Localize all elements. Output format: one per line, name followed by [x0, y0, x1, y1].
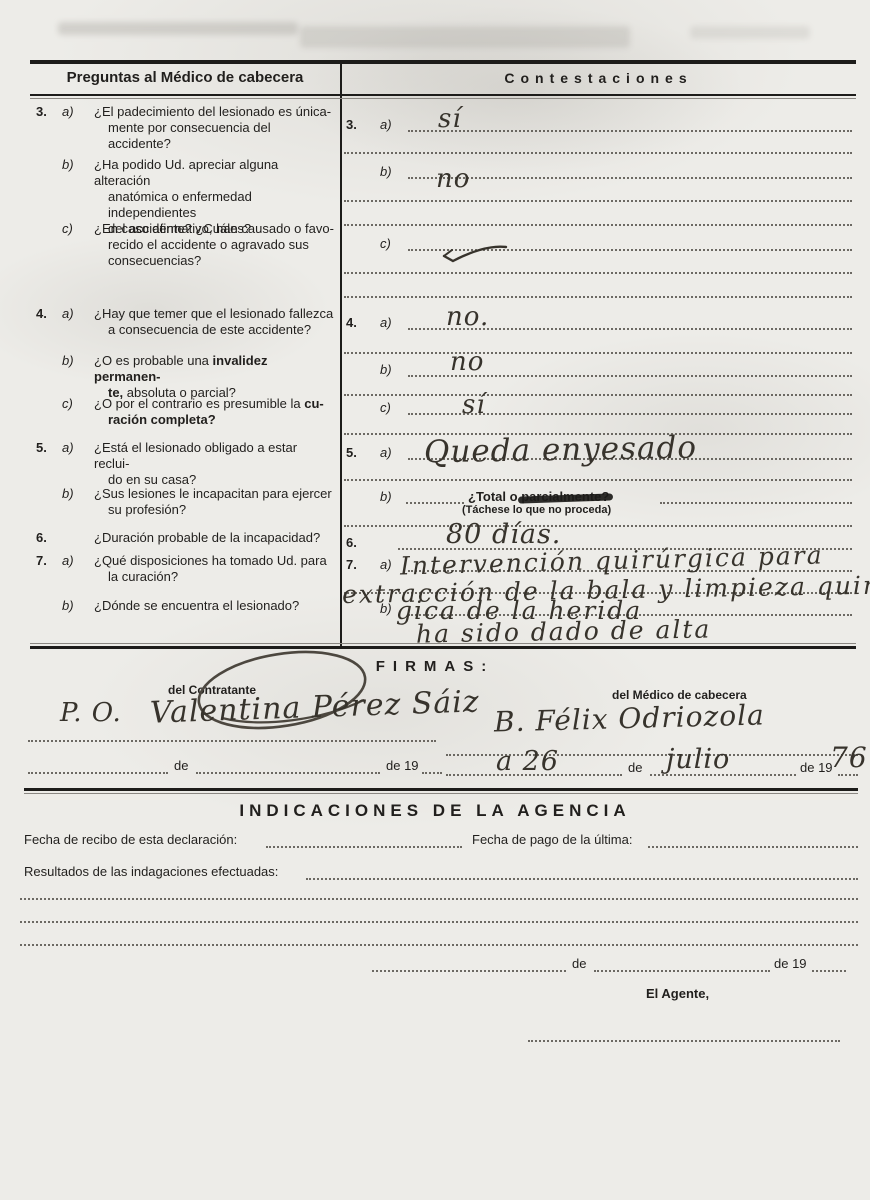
fecha-pago-label: Fecha de pago de la última:: [472, 832, 632, 847]
signature-medico: B. Félix Odriozola: [494, 701, 765, 736]
answer-letter: b): [380, 164, 392, 179]
date-de19-label: de 19: [386, 758, 419, 773]
question-text: ¿Sus lesiones le incapacitan para ejerce…: [94, 486, 336, 518]
ghost-bleed-text: [58, 22, 298, 35]
fecha-recibo-line: [266, 846, 462, 848]
answer-line: [344, 224, 852, 226]
answer-label-6: 6.: [346, 535, 357, 550]
firmas-bottom-rule: [24, 788, 858, 791]
question-letter: b): [62, 353, 74, 369]
fecha-recibo-label: Fecha de recibo de esta declaración:: [24, 832, 237, 847]
answer-line: [344, 200, 852, 202]
answer-line: [408, 177, 852, 179]
answer-line: [344, 152, 852, 154]
question-letter: b): [62, 157, 74, 173]
date-line: [838, 774, 858, 776]
question-4a: 4. a) ¿Hay que temer que el lesionado fa…: [36, 306, 338, 338]
answer-number: 3.: [346, 117, 357, 132]
handwritten-answer-3a: sí: [438, 106, 462, 132]
question-4c: c) ¿O por el contrario es presumible la …: [36, 396, 338, 428]
answer-letter: a): [380, 445, 392, 460]
answer-letter: a): [380, 117, 392, 132]
handwritten-answer-4c: sí: [462, 392, 486, 418]
question-text: ¿Dónde se encuentra el lesionado?: [94, 598, 336, 614]
firmas-bottom-rule-thin: [24, 793, 858, 794]
question-text: ¿Está el lesionado obligado a estar recl…: [94, 440, 336, 488]
answer-line: [344, 479, 852, 481]
question-number: 7.: [36, 553, 47, 569]
question-text: ¿Hay que temer que el lesionado fallezca…: [94, 306, 336, 338]
date-de-label: de: [174, 758, 188, 773]
handwritten-answer-6: 80 días.: [446, 521, 561, 548]
date-line: [372, 970, 566, 972]
question-text: ¿O es probable una invalidez permanen-te…: [94, 353, 336, 401]
handwritten-answer-3b: no: [436, 166, 470, 192]
answer-line: [344, 394, 852, 396]
handwritten-date-year: 76: [830, 744, 868, 772]
handwritten-date-month: julio: [666, 746, 730, 773]
tachese-note: (Táchese lo que no proceda): [462, 504, 611, 516]
signature-contratante-prefix: P. O.: [60, 700, 122, 726]
question-4b: b) ¿O es probable una invalidez permanen…: [36, 353, 338, 401]
signature-line-contratante: [28, 740, 436, 742]
answer-line: [344, 525, 852, 527]
blank-line: [20, 898, 858, 900]
signature-contratante: Valentina Pérez Sáiz: [150, 687, 481, 728]
ghost-bleed-text: [690, 26, 810, 39]
question-letter: c): [62, 221, 73, 237]
answer-line: [344, 352, 852, 354]
question-3c: c) ¿En caso afirmativo, han causado o fa…: [36, 221, 338, 269]
date-de-label: de: [572, 956, 586, 971]
date-de19-label: de 19: [774, 956, 807, 971]
date-de19-label: de 19: [800, 760, 833, 775]
handwritten-answer-7b-line2: ha sido dado de alta: [416, 616, 712, 646]
question-letter: a): [62, 440, 74, 456]
table-top-rule: [30, 60, 856, 64]
question-7a: 7. a) ¿Qué disposiciones ha tomado Ud. p…: [36, 553, 338, 585]
answer-line: [406, 502, 464, 504]
agencia-heading: INDICACIONES DE LA AGENCIA: [0, 801, 870, 821]
agente-label: El Agente,: [646, 986, 709, 1001]
fecha-pago-line: [648, 846, 858, 848]
question-letter: b): [62, 598, 74, 614]
answer-number: 7.: [346, 557, 357, 572]
handwritten-date-day: a 26: [496, 748, 559, 775]
answer-letter: b): [380, 362, 392, 377]
question-number: 3.: [36, 104, 47, 120]
firmas-heading: FIRMAS:: [0, 658, 870, 675]
question-text: ¿El padecimiento del lesionado es única-…: [94, 104, 336, 152]
answer-number: 5.: [346, 445, 357, 460]
answer-label-4a: 4. a): [346, 315, 357, 330]
question-letter: b): [62, 486, 74, 502]
header-separator-rule-thin: [30, 98, 856, 99]
column-header-preguntas: Preguntas al Médico de cabecera: [30, 69, 340, 86]
date-line: [812, 970, 846, 972]
blank-line: [20, 921, 858, 923]
question-5b: b) ¿Sus lesiones le incapacitan para eje…: [36, 486, 338, 518]
date-line: [594, 970, 770, 972]
handwritten-answer-5a: Queda enyesado: [424, 433, 697, 469]
question-text: ¿O por el contrario es presumible la cu-…: [94, 396, 336, 428]
answer-line: [660, 502, 852, 504]
question-6: 6. ¿Duración probable de la incapacidad?: [36, 530, 338, 546]
question-5a: 5. a) ¿Está el lesionado obligado a esta…: [36, 440, 338, 488]
question-text: ¿En caso afirmativo, han causado o favo-…: [94, 221, 336, 269]
answer-line: [344, 296, 852, 298]
answer-line: [344, 272, 852, 274]
agente-signature-line: [528, 1040, 840, 1042]
question-3a: 3. a) ¿El padecimiento del lesionado es …: [36, 104, 338, 152]
question-text: ¿Duración probable de la incapacidad?: [94, 530, 336, 546]
question-number: 4.: [36, 306, 47, 322]
answer-letter: c): [380, 400, 391, 415]
answer-line: [408, 130, 852, 132]
total-parcialmente-option: ¿Total o parcialmente?: [468, 489, 609, 504]
answer-label-5a: 5. a): [346, 445, 357, 460]
date-de-label: de: [628, 760, 642, 775]
answer-letter: c): [380, 236, 391, 251]
handwritten-check-stroke: [440, 238, 510, 266]
resultados-label: Resultados de las indagaciones efectuada…: [24, 864, 278, 879]
question-letter: c): [62, 396, 73, 412]
question-letter: a): [62, 553, 74, 569]
handwritten-answer-4a: no.: [446, 304, 489, 330]
date-line: [422, 772, 442, 774]
resultados-line: [306, 878, 858, 880]
table-column-divider: [340, 60, 342, 649]
date-line: [196, 772, 380, 774]
question-text: ¿Qué disposiciones ha tomado Ud. parala …: [94, 553, 336, 585]
answer-number: 4.: [346, 315, 357, 330]
column-header-contestaciones: Contestaciones: [341, 70, 856, 86]
question-letter: a): [62, 104, 74, 120]
question-7b: b) ¿Dónde se encuentra el lesionado?: [36, 598, 338, 614]
question-number: 6.: [36, 530, 47, 546]
header-separator-rule: [30, 94, 856, 96]
answer-label-7a: 7. a): [346, 557, 357, 572]
ghost-bleed-text: [300, 26, 630, 48]
scanned-medical-questionnaire: Preguntas al Médico de cabecera Contesta…: [0, 0, 870, 1200]
answer-letter: a): [380, 557, 392, 572]
answer-label-3a: 3. a): [346, 117, 357, 132]
handwritten-answer-4b: no: [450, 349, 484, 375]
question-letter: a): [62, 306, 74, 322]
date-line: [28, 772, 168, 774]
answer-letter: b): [380, 489, 392, 504]
question-number: 5.: [36, 440, 47, 456]
blank-line: [20, 944, 858, 946]
answer-letter: a): [380, 315, 392, 330]
answer-number: 6.: [346, 535, 357, 550]
